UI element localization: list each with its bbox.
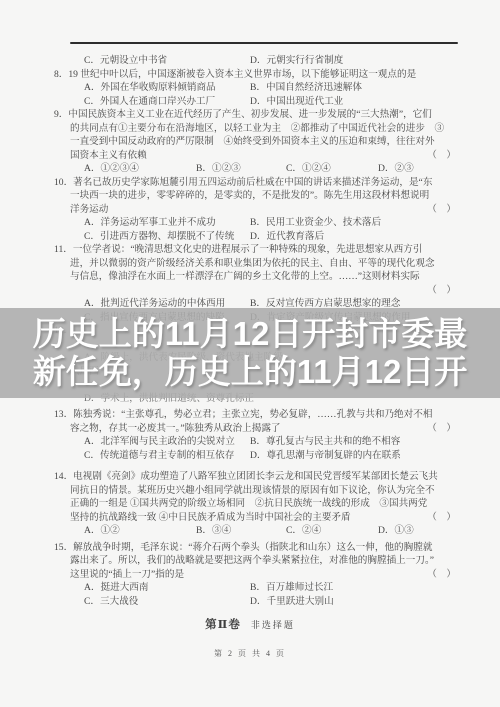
doc-line: 的共同点有①主要分布在沿海地区，以轻工业为主 ②都推动了中国近代社会的进步 ③ (52, 122, 462, 136)
option-cell: D．中国出现近代工业 (250, 96, 343, 107)
doc-line: C．引进西方器物、却摆脱不了传统D．近代教育落后 (52, 230, 462, 244)
question-text: 容之物，存其一必废其一。”陈独秀从政治上揭露了 (70, 423, 281, 434)
question-text: 一块西一块的进步，零零碎碎的，是零卖的，不是批发的”。陈先生用这段材料想说明 (70, 190, 429, 201)
answer-bracket: （ ） (427, 422, 456, 436)
doc-line: 与信息，像油浮在水面上一样漂浮在广阔的乡土文化带的上空。……”这则材料实际 (52, 270, 462, 284)
doc-line: 10．著名已故历史学家陈旭麓引用五四运动前后杜威在中国的讲话来描述洋务运动，是“… (52, 176, 462, 190)
option-cell: A．挺进大西南 (84, 581, 250, 595)
doc-line: A．①②③④B．①②③C．①②④D．②③ (52, 162, 462, 176)
option-cell: A．①②③④ (84, 162, 196, 176)
question-text: 与信息，像油浮在水面上一样漂浮在广阔的乡土文化带的上空。……”这则材料实际 (70, 271, 420, 282)
option-cell: D．①③ (378, 525, 414, 536)
doc-line: A．①②B．③④C．②④D．①③ (52, 524, 462, 538)
option-cell: B．民用工业资金少、技术落后 (250, 217, 381, 228)
option-cell: D．尊孔思潮与帝制复辟的内在联系 (250, 450, 401, 461)
doc-line: 进，并以微弱的资产阶级经济关系和职业集团为依托的民主、自由、平等的现代化观念 (52, 257, 462, 271)
question-text: 露出来了。所以，我们的战略就是要把这两个拳头紧紧拉住，对准他的胸膛插上一刀。” (70, 555, 434, 566)
answer-bracket: （ ） (427, 568, 456, 582)
doc-line: 坚持的抗战路线一致 ④中日民族矛盾成为当时中国社会的主要矛盾（ ） (52, 511, 462, 525)
doc-line: C．元朝设立中书省D．元朝实行行省制度 (52, 54, 462, 68)
question-text: 13．陈独秀说：“主张尊孔，势必立君；主张立宪，势必复辟，……孔教与共和乃绝对不… (54, 409, 432, 420)
question-text: 这里说的“插上一刀”指的是 (70, 569, 184, 580)
question-text: 洋务运动 (70, 204, 108, 215)
option-cell: A．洋务运动军事工业并不成功 (84, 216, 250, 230)
option-cell: B．百万雄师过长江 (250, 582, 333, 593)
answer-bracket: （ ） (427, 511, 456, 525)
question-text: 11．一位学者说：“晚清思想文化史的进程展示了一种特殊的现象，先进思想家从西方引 (54, 244, 422, 255)
question-text: 10．著名已故历史学家陈旭麓引用五四运动前后杜威在中国的讲话来描述洋务运动，是“… (54, 177, 432, 188)
question-text: 9．中国民族资本主义工业在近代经历了产生、初步发展、进一步发展的“三大热潮”，它… (54, 109, 432, 120)
option-cell: A．外国在华收购原料倾销商品 (84, 81, 250, 95)
doc-line: 9．中国民族资本主义工业在近代经历了产生、初步发展、进一步发展的“三大热潮”，它… (52, 108, 462, 122)
doc-line: 洋务运动（ ） (52, 203, 462, 217)
doc-line: 15．解放战争时期，毛泽东说：“蒋介石两个拳头（指陕北和山东）这么一伸，他的胸膛… (52, 541, 462, 555)
doc-line: A．外国在华收购原料倾销商品B．中国自然经济迅速解体 (52, 81, 462, 95)
option-cell: A．①② (84, 524, 196, 538)
option-cell: C．传统道德与君主专制的相互依存 (84, 449, 250, 463)
section-heading: 第Ⅱ卷非选择题 (0, 616, 500, 632)
doc-line: 一直受到中国反动政府的严厉限制 ④始终受到外国资本主义的压迫和束缚，往往对外 (52, 135, 462, 149)
doc-line: 14．电视剧《亮剑》成功塑造了八路军独立团团长李云龙和国民党晋绥军某部团长楚云飞… (52, 470, 462, 484)
doc-line: 同抗日的情景。某班历史兴趣小组同学就出现该情景的原因有如下议论，你认为完全不 (52, 484, 462, 498)
question-text: 8．19 世纪中叶以后，中国逐渐被卷入资本主义世界市场，以下能够证明这一观点的是 (54, 69, 416, 80)
question-text: 坚持的抗战路线一致 ④中日民族矛盾成为当时中国社会的主要矛盾 (70, 512, 351, 523)
question-text: 同抗日的情景。某班历史兴趣小组同学就出现该情景的原因有如下议论，你认为完全不 (70, 485, 435, 496)
doc-line: （ ） (52, 284, 462, 298)
doc-line: 正确的一组是 ①国共两党的阶级立场相同 ②抗日民族统一战线的形成 ③国共两党 (52, 497, 462, 511)
option-cell: C．②④ (286, 524, 378, 538)
answer-bracket: （ ） (427, 284, 456, 298)
doc-line: 这里说的“插上一刀”指的是（ ） (52, 568, 462, 582)
option-cell: A．北洋军阀与民主政治的尖锐对立 (84, 435, 250, 449)
doc-line: A．挺进大西南B．百万雄师过长江 (52, 581, 462, 595)
section-subtitle: 非选择题 (251, 620, 295, 630)
video-title-overlay: 历史上的11月12日开封市委最 新任免，历史上的11月12日开 (0, 308, 500, 398)
overlay-title-line-1: 历史上的11月12日开封市委最 (33, 315, 468, 353)
option-cell: C．引进西方器物、却摆脱不了传统 (84, 230, 250, 244)
question-text: 进，并以微弱的资产阶级经济关系和职业集团为依托的民主、自由、平等的现代化观念 (70, 258, 435, 269)
scanned-exam-page: C．元朝设立中书省D．元朝实行行省制度8．19 世纪中叶以后，中国逐渐被卷入资本… (0, 0, 500, 707)
doc-line: 露出来了。所以，我们的战略就是要把这两个拳头紧紧拉住，对准他的胸膛插上一刀。” (52, 554, 462, 568)
doc-line: C．传统道德与君主专制的相互依存D．尊孔思潮与帝制复辟的内在联系 (52, 449, 462, 463)
page-top-rule (70, 42, 458, 44)
question-text: 一直受到中国反动政府的严厉限制 ④始终受到外国资本主义的压迫和束缚，往往对外 (70, 136, 435, 147)
option-cell: D．千里跃进大别山 (250, 596, 334, 607)
option-cell: B．中国自然经济迅速解体 (250, 82, 362, 93)
doc-line: C．外国人在通商口岸兴办工厂D．中国出现近代工业 (52, 95, 462, 109)
overlay-title-line-2: 新任免，历史上的11月12日开 (33, 353, 468, 391)
doc-line: A．洋务运动军事工业并不成功B．民用工业资金少、技术落后 (52, 216, 462, 230)
option-cell: D．②③ (378, 163, 414, 174)
question-text: 正确的一组是 ①国共两党的阶级立场相同 ②抗日民族统一战线的形成 ③国共两党 (70, 498, 427, 509)
option-cell: C．三大战役 (84, 595, 250, 609)
question-text: 国资本主义有依赖 (70, 150, 147, 161)
doc-line: 11．一位学者说：“晚清思想文化史的进程展示了一种特殊的现象，先进思想家从西方引 (52, 243, 462, 257)
option-cell: D．元朝实行行省制度 (250, 55, 343, 66)
answer-bracket: （ ） (427, 149, 456, 163)
doc-line: 一块西一块的进步，零零碎碎的，是零卖的，不是批发的”。陈先生用这段材料想说明 (52, 189, 462, 203)
doc-line: 国资本主义有依赖（ ） (52, 149, 462, 163)
doc-line: A．北洋军阀与民主政治的尖锐对立B．尊孔复古与民主共和的绝不相容 (52, 435, 462, 449)
option-cell: C．元朝设立中书省 (84, 54, 250, 68)
option-cell: D．近代教育落后 (250, 231, 324, 242)
option-cell: B．尊孔复古与民主共和的绝不相容 (250, 436, 400, 447)
option-cell: C．外国人在通商口岸兴办工厂 (84, 95, 250, 109)
option-cell: C．①②④ (286, 162, 378, 176)
doc-line: C．三大战役D．千里跃进大别山 (52, 595, 462, 609)
doc-line: 13．陈独秀说：“主张尊孔，势必立君；主张立宪，势必复辟，……孔教与共和乃绝对不… (52, 408, 462, 422)
section-title: 第Ⅱ卷 (205, 619, 241, 631)
question-text: 的共同点有①主要分布在沿海地区，以轻工业为主 ②都推动了中国近代社会的进步 ③ (70, 123, 444, 134)
option-cell: B．①②③ (196, 162, 286, 176)
answer-bracket: （ ） (427, 203, 456, 217)
question-text: 14．电视剧《亮剑》成功塑造了八路军独立团团长李云龙和国民党晋绥军某部团长楚云飞… (54, 471, 438, 482)
option-cell: B．③④ (196, 524, 286, 538)
doc-line: 容之物，存其一必废其一。”陈独秀从政治上揭露了（ ） (52, 422, 462, 436)
page-number: 第 2 页 共 4 页 (0, 648, 500, 659)
doc-line: 8．19 世纪中叶以后，中国逐渐被卷入资本主义世界市场，以下能够证明这一观点的是 (52, 68, 462, 82)
question-text: 15．解放战争时期，毛泽东说：“蒋介石两个拳头（指陕北和山东）这么一伸，他的胸膛… (54, 542, 432, 553)
